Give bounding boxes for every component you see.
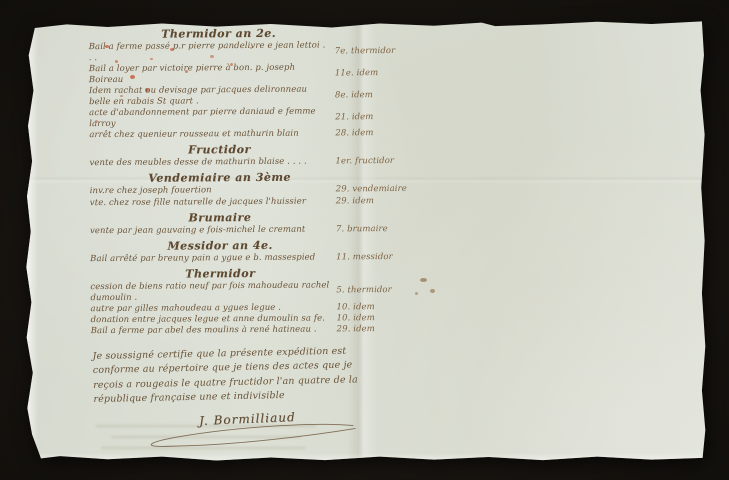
foxing-spot — [415, 292, 418, 295]
entry-date: 21. idem — [335, 112, 407, 124]
deckled-edge-left — [26, 20, 38, 461]
register-entry: vente des meubles desse de mathurin blai… — [89, 156, 407, 169]
entry-text: vente des meubles desse de mathurin blai… — [89, 157, 335, 170]
entry-date: 1er. fructidor — [335, 156, 407, 168]
section-heading: Vendemiaire an 3ème — [96, 171, 344, 186]
section-heading: Thermidor — [96, 266, 344, 281]
deckled-edge-bottom — [26, 453, 706, 461]
entry-text: cession de biens ratio neuf par fois mah… — [90, 280, 336, 304]
entry-text: vente par jean gauvaing e fois-michel le… — [90, 224, 336, 237]
foxing-spot — [430, 289, 435, 293]
register-entry: acte d'abandonnement par pierre daniaud … — [89, 106, 407, 130]
calendar-section: Thermidor cession de biens ratio neuf pa… — [90, 266, 408, 337]
calendar-section: Thermidor an 2e. Bail a ferme passé p.r … — [89, 26, 408, 142]
entry-date: 29. idem — [337, 324, 409, 336]
section-heading: Brumaire — [96, 210, 344, 225]
register-entry: arrêt chez quenieur rousseau et mathurin… — [89, 128, 407, 141]
section-heading: Thermidor an 2e. — [95, 26, 343, 41]
section-heading: Messidor an 4e. — [96, 238, 344, 253]
register-entry: cession de biens ratio neuf par fois mah… — [90, 280, 408, 304]
entry-date: 29. idem — [336, 195, 408, 207]
entry-list: Bail a ferme passé p.r pierre pandelivre… — [89, 40, 408, 142]
register-entry: Bail a ferme passé p.r pierre pandelivre… — [89, 40, 407, 64]
entry-text: arrêt chez quenieur rousseau et mathurin… — [89, 129, 335, 142]
calendar-section: Messidor an 4e. Bail arrêté par breuny p… — [90, 237, 408, 264]
entry-date: 10. idem — [336, 302, 408, 314]
entry-date: 7e. thermidor — [335, 45, 407, 57]
register-entry: Bail a loyer par victoire pierre à bon. … — [89, 62, 407, 86]
entry-date: 5. thermidor — [336, 285, 408, 297]
entry-date: 7. brumaire — [336, 223, 408, 235]
paper-sheet: Thermidor an 2e. Bail a ferme passé p.r … — [26, 20, 706, 461]
register-entry: vente par jean gauvaing e fois-michel le… — [90, 223, 408, 236]
entry-text: vte. chez rose fille naturelle de jacque… — [90, 196, 336, 209]
foxing-spot — [420, 278, 427, 282]
entry-text: Idem rachat ou devisage par jacques deli… — [89, 85, 335, 109]
entry-text: Bail a ferme passé p.r pierre pandelivre… — [89, 40, 335, 64]
certification-paragraph: Je soussigné certifie que la présente ex… — [92, 344, 361, 407]
entry-text: acte d'abandonnement par pierre daniaud … — [89, 107, 335, 131]
register-entry: Bail arrêté par breuny pain a ygue e b. … — [90, 251, 408, 264]
calendar-section: Fructidor vente des meubles desse de mat… — [89, 142, 407, 169]
sections: Thermidor an 2e. Bail a ferme passé p.r … — [89, 26, 409, 337]
entry-date: 8e. idem — [335, 90, 407, 102]
manuscript-page: Thermidor an 2e. Bail a ferme passé p.r … — [26, 20, 706, 461]
manuscript-text-column: Thermidor an 2e. Bail a ferme passé p.r … — [89, 23, 410, 445]
entry-text: Bail a ferme par abel des moulins à rené… — [91, 324, 337, 337]
register-entry: vte. chez rose fille naturelle de jacque… — [90, 195, 408, 208]
entry-date: 11. messidor — [336, 251, 408, 263]
entry-list: vente par jean gauvaing e fois-michel le… — [90, 223, 408, 236]
entry-date: 29. vendemiaire — [336, 184, 408, 196]
entry-list: inv.re chez joseph fouertion 29. vendemi… — [90, 184, 408, 208]
entry-list: cession de biens ratio neuf par fois mah… — [90, 280, 408, 337]
register-entry: Idem rachat ou devisage par jacques deli… — [89, 84, 407, 108]
calendar-section: Brumaire vente par jean gauvaing e fois-… — [90, 209, 408, 236]
section-heading: Fructidor — [95, 143, 343, 158]
archival-scan-viewport: { "scene": { "background_color": "#18150… — [0, 0, 729, 480]
calendar-section: Vendemiaire an 3ème inv.re chez joseph f… — [90, 170, 408, 208]
signature-block: J. Bormilliaud — [199, 401, 410, 448]
entry-text: Bail arrêté par breuny pain a ygue e b. … — [90, 252, 336, 265]
entry-list: Bail arrêté par breuny pain a ygue e b. … — [90, 251, 408, 264]
entry-text: Bail a loyer par victoire pierre à bon. … — [89, 62, 335, 86]
entry-date: 10. idem — [337, 313, 409, 325]
register-entry: Bail a ferme par abel des moulins à rené… — [91, 324, 409, 337]
entry-list: vente des meubles desse de mathurin blai… — [89, 156, 407, 169]
entry-date: 28. idem — [335, 128, 407, 140]
entry-date: 11e. idem — [335, 68, 407, 80]
